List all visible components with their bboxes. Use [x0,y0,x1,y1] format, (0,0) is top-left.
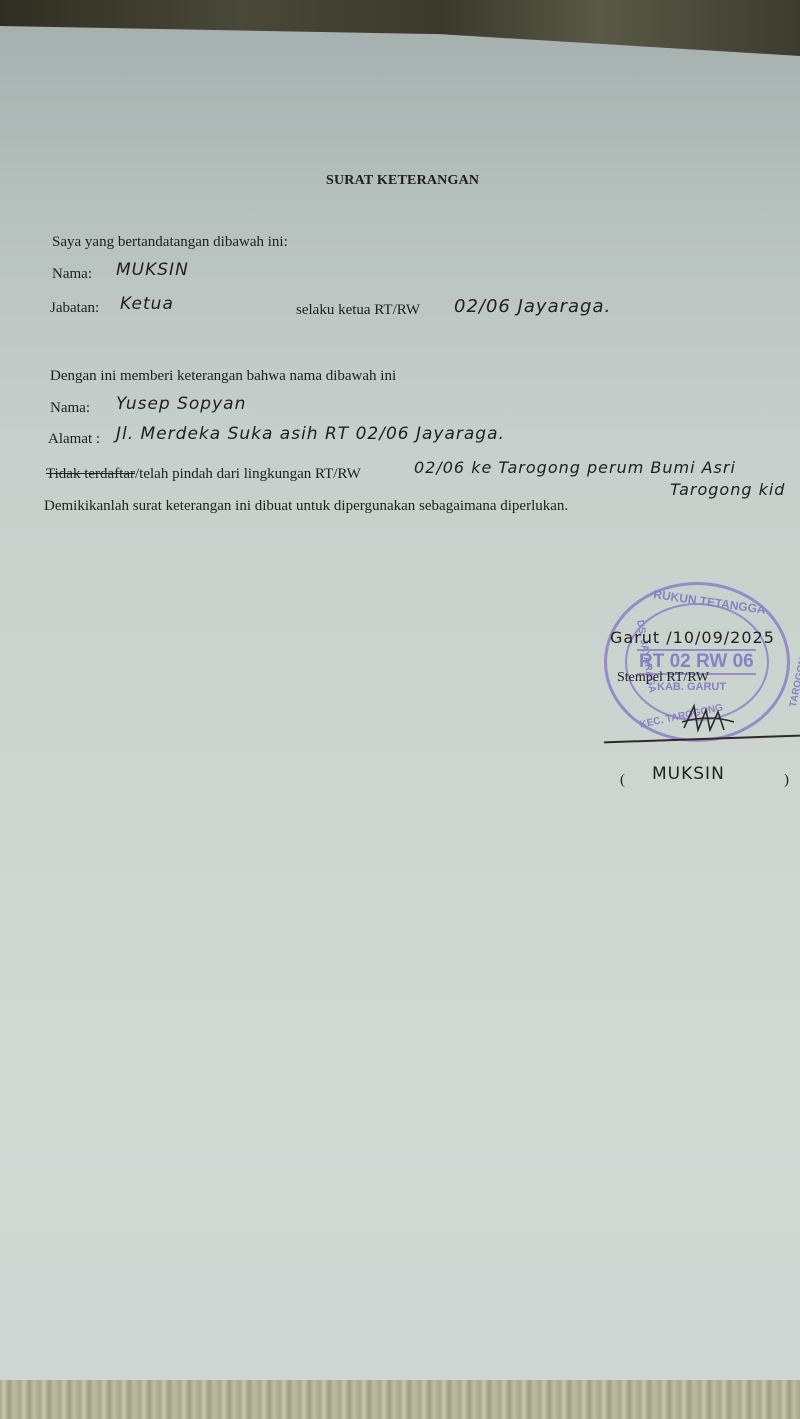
signature-mark [680,700,736,734]
intro-text: Saya yang bertandatangan dibawah ini: [52,234,288,251]
statement-text: Dengan ini memberi keterangan bahwa nama… [50,368,396,385]
signature-open-paren: ( [620,772,625,789]
status-line: Tidak terdaftar/telah pindah dari lingku… [46,466,361,483]
signer-position-value: Ketua [120,294,174,314]
status-value-line1: 02/06 ke Tarogong perum Bumi Asri [414,458,736,477]
signer-role-value: 02/06 Jayaraga. [454,296,611,317]
subject-name-value: Yusep Sopyan [116,394,246,414]
signature-close-paren: ) [784,772,789,789]
subject-name-label: Nama: [50,400,90,417]
subject-address-value: Jl. Merdeka Suka asih RT 02/06 Jayaraga. [116,424,505,444]
place-date: Garut /10/09/2025 [610,628,775,647]
subject-address-label: Alamat : [48,431,100,448]
signer-position-label: Jabatan: [50,300,99,317]
status-struck-text: Tidak terdaftar [46,466,135,482]
status-value-line2: Tarogong kid [670,480,785,499]
stamp-label: Stempel RT/RW [617,670,709,686]
status-text: /telah pindah dari lingkungan RT/RW [135,466,361,482]
closing-text: Demikikanlah surat keterangan ini dibuat… [44,498,568,515]
background-bottom [0,1380,800,1419]
document-title: SURAT KETERANGAN [326,173,479,189]
signer-role-label: selaku ketua RT/RW [296,302,420,319]
signature-name: MUKSIN [652,764,725,784]
signer-name-value: MUKSIN [116,260,189,280]
signer-name-label: Nama: [52,266,92,283]
